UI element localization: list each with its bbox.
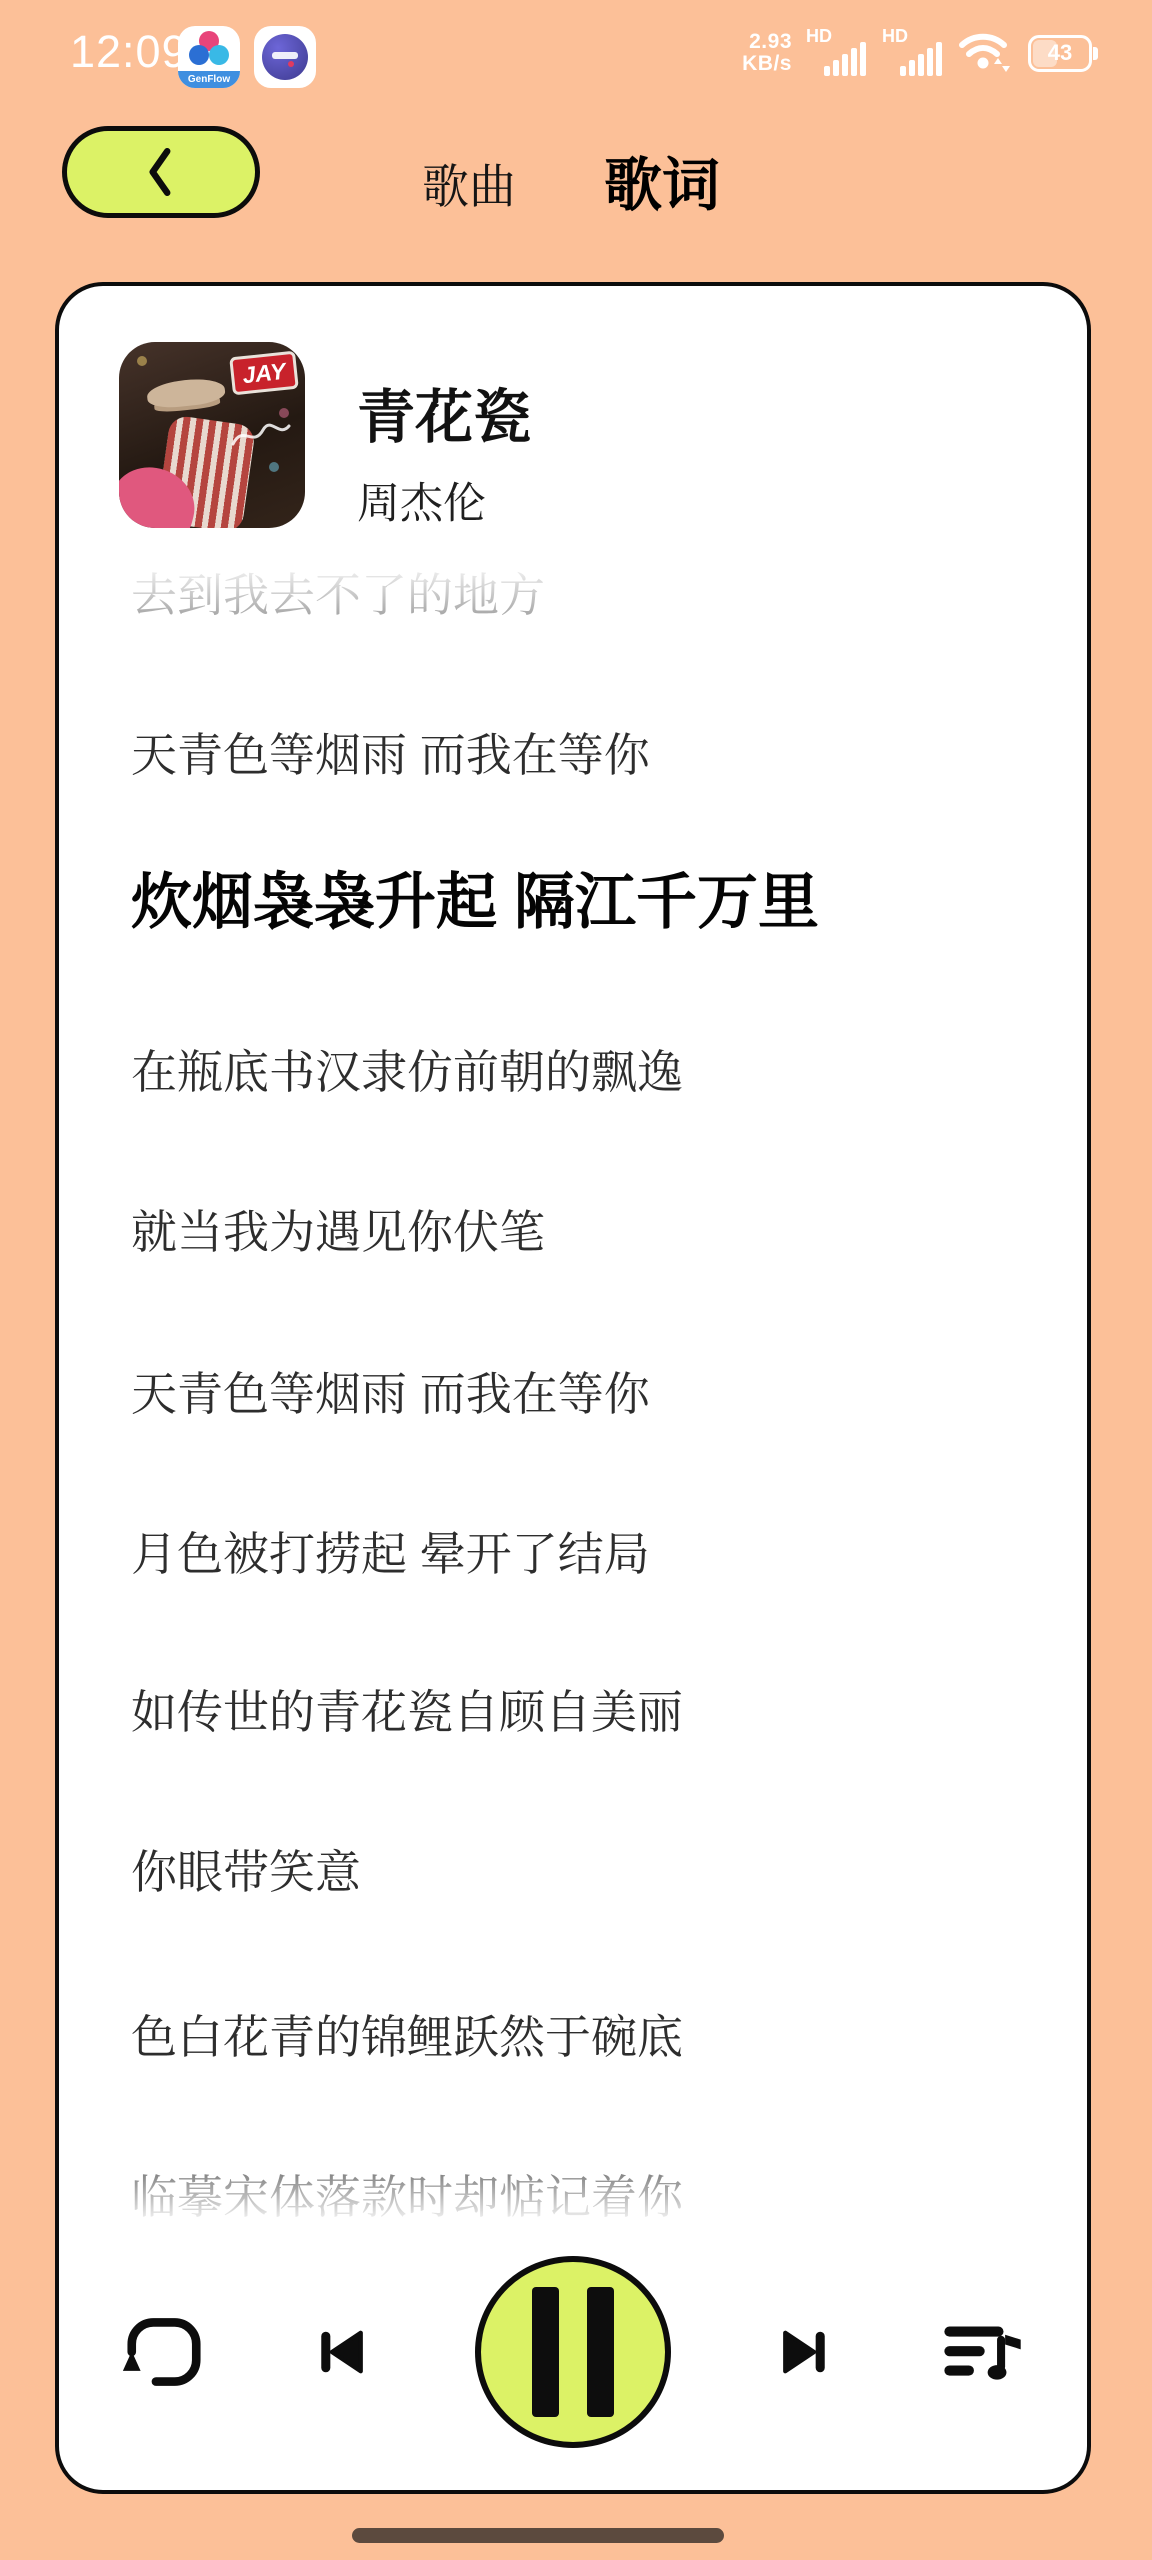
app-icon-2-orb <box>262 34 308 80</box>
lyric-line: 天青色等烟雨 而我在等你 <box>131 719 650 785</box>
skip-previous-icon <box>309 2320 373 2384</box>
lyric-line: 如传世的青花瓷自顾自美丽 <box>131 1676 683 1742</box>
album-art-hat-shape <box>146 376 226 410</box>
back-button[interactable] <box>62 126 260 218</box>
notification-app-icon-2 <box>254 26 316 88</box>
sim2-signal: HD <box>882 28 944 78</box>
repeat-icon <box>121 2309 207 2395</box>
album-art: JAY <box>119 342 305 528</box>
sim1-signal: HD <box>806 28 868 78</box>
song-title: 青花瓷 <box>357 370 531 454</box>
lyric-line-previous-faded: 去到我去不了的地方 <box>131 562 545 625</box>
lyric-line: 天青色等烟雨 而我在等你 <box>131 1358 650 1424</box>
wifi-icon <box>958 30 1014 76</box>
lyric-line: 在瓶底书汉隶仿前朝的飘逸 <box>131 1036 683 1102</box>
network-speed: 2.93 KB/s <box>742 31 792 75</box>
battery-indicator: 43 <box>1028 35 1092 72</box>
lyric-line: 临摹宋体落款时却惦记着你 <box>131 2161 683 2227</box>
queue-music-icon <box>939 2309 1025 2395</box>
album-art-signature <box>225 404 295 464</box>
battery-percent: 43 <box>1048 40 1072 66</box>
status-icons-cluster: 2.93 KB/s HD HD 43 <box>742 28 1092 78</box>
pause-icon <box>587 2287 614 2417</box>
player-card: JAY 青花瓷 周杰伦 去到我去不了的地方 天青色等烟雨 而我在等你炊烟袅袅升起… <box>55 282 1091 2494</box>
lyric-line: 月色被打捞起 晕开了结局 <box>131 1518 650 1584</box>
signal-bars-icon <box>824 40 868 76</box>
skip-next-icon <box>773 2320 837 2384</box>
previous-track-button[interactable] <box>309 2320 373 2384</box>
signal-bars-icon <box>900 40 944 76</box>
notification-app-icon-genflow: GenFlow <box>178 26 240 88</box>
home-indicator[interactable] <box>352 2528 724 2543</box>
lyric-line-active: 炊烟袅袅升起 隔江千万里 <box>131 854 819 941</box>
lyrics-panel[interactable]: 去到我去不了的地方 天青色等烟雨 而我在等你炊烟袅袅升起 隔江千万里在瓶底书汉隶… <box>59 562 1087 2236</box>
tab-lyrics[interactable]: 歌词 <box>604 138 720 222</box>
pause-button[interactable] <box>475 2256 671 2448</box>
genflow-label: GenFlow <box>178 71 240 88</box>
pause-icon <box>532 2287 559 2417</box>
playlist-button[interactable] <box>939 2309 1025 2395</box>
tab-song[interactable]: 歌曲 <box>422 150 516 217</box>
network-speed-unit: KB/s <box>742 53 792 75</box>
lyric-line: 你眼带笑意 <box>131 1836 361 1902</box>
status-time: 12:09 <box>70 26 188 78</box>
album-badge: JAY <box>229 351 299 396</box>
player-controls <box>59 2252 1087 2452</box>
lyric-line: 就当我为遇见你伏笔 <box>131 1196 545 1262</box>
lyric-line: 色白花青的锦鲤跃然于碗底 <box>131 2001 683 2067</box>
next-track-button[interactable] <box>773 2320 837 2384</box>
network-speed-value: 2.93 <box>742 31 792 53</box>
genflow-logo-icon <box>187 31 231 71</box>
repeat-button[interactable] <box>121 2309 207 2395</box>
song-artist: 周杰伦 <box>357 470 486 531</box>
chevron-left-icon <box>140 145 182 199</box>
